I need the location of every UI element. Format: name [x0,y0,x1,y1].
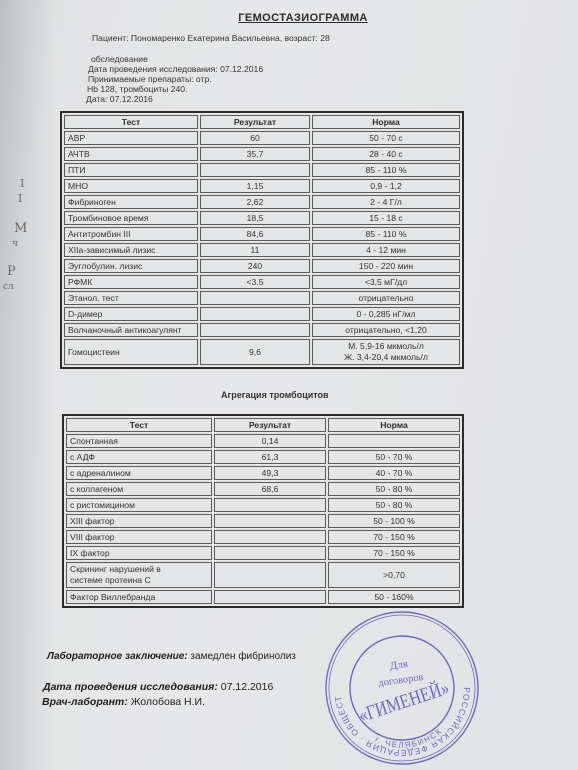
table-row: Фактор Виллебранда50 - 160% [66,590,460,604]
cell-test: Волчаночный антикоагулянт [64,323,198,337]
cell-test: с адреналином [66,466,212,480]
cell-test: Эуглобулин. лизис [64,259,198,273]
cell-result: 61,3 [214,450,326,464]
table-row: МНО1,150,9 - 1,2 [64,179,460,193]
cell-norm: отрицательно, <1,20 [312,323,460,337]
table-row: D-димер0 - 0,285 нГ/мл [64,307,460,321]
header-result: Результат [200,115,310,129]
edge-fragment: Р [7,265,16,278]
cell-result [200,163,310,177]
table-row: с ристомицином50 - 80 % [66,498,460,512]
cell-result: 35,7 [200,147,310,161]
cell-test: ПТИ [64,163,198,177]
hemostasis-table: Тест Результат Норма АВР6050 - 70 сАЧТВ3… [60,111,464,369]
cell-result [200,307,310,321]
table-header-row: Тест Результат Норма [64,115,460,129]
cell-result: 84,6 [200,227,310,241]
cell-test: с коллагеном [66,482,212,496]
cell-norm: 70 - 150 % [328,530,460,544]
cell-test: XIIа-зависимый лизис [64,243,198,257]
cell-result: 68,6 [214,482,326,496]
cell-norm: отрицательно [312,291,460,305]
edge-fragment: М [14,222,27,235]
lab-doctor: Врач-лаборант: Жолобова Н.И. [42,696,205,708]
cell-test: Тромбиновое время [64,211,198,225]
cell-test: VIII фактор [66,530,212,544]
table-row: с АДФ61,350 - 70 % [66,450,460,464]
lab-conclusion-value: замедлен фибринолиз [190,651,295,662]
cell-norm: 85 - 110 % [312,163,460,177]
organization-stamp: РОССИЙСКАЯ ФЕДЕРАЦИЯ · ОБЩЕСТВО С ОГРАНИ… [322,608,482,768]
cell-norm: 15 - 18 с [312,211,460,225]
table-row: АЧТВ35,728 - 40 с [64,147,460,161]
cell-norm: 2 - 4 Г/л [312,195,460,209]
header-norm: Норма [312,115,460,129]
table-row: Волчаночный антикоагулянтотрицательно, <… [64,323,460,337]
table-header-row: Тест Результат Норма [66,418,460,432]
table-row: Скрининг нарушений всистеме протеина С>0… [66,562,460,588]
aggregation-title: Агрегация тромбоцитов [221,390,329,400]
table-row: IX фактор70 - 150 % [66,546,460,560]
cell-test: МНО [64,179,198,193]
cell-result [200,323,310,337]
table-row: Спонтанная0,14 [66,434,460,448]
table-row: Тромбиновое время18,515 - 18 с [64,211,460,225]
info-line: Дата проведения исследования: 07.12.2016 [88,64,263,74]
cell-norm: 85 - 110 % [312,227,460,241]
cell-norm: 4 - 12 мин [312,243,460,257]
cell-result: 18,5 [200,211,310,225]
study-date: Дата проведения исследования: 07.12.2016 [43,681,273,693]
table-row: с адреналином49,340 - 70 % [66,466,460,480]
cell-norm: 50 - 80 % [328,498,460,512]
cell-test: IX фактор [66,546,212,560]
cell-result: 9,6 [200,339,310,365]
info-line: обследование [91,54,148,64]
table-row: Этанол. тестотрицательно [64,291,460,305]
cell-result: 2,62 [200,195,310,209]
cell-norm: 50 - 70 с [312,131,460,145]
cell-test: АВР [64,131,198,145]
cell-test: Скрининг нарушений всистеме протеина С [66,562,212,588]
header-result: Результат [214,418,326,432]
cell-norm: 0 - 0,285 нГ/мл [312,307,460,321]
document-title: ГЕМОСТАЗИОГРАММА [0,8,578,26]
cell-test: D-димер [64,307,198,321]
table-row: РФМК<3.5<3,5 мГ/дл [64,275,460,289]
cell-result: 240 [200,259,310,273]
cell-norm: 28 - 40 с [312,147,460,161]
cell-result: 60 [200,131,310,145]
cell-norm: >0,70 [328,562,460,588]
lab-conclusion: Лабораторное заключение: замедлен фибрин… [47,651,296,662]
cell-test: АЧТВ [64,147,198,161]
lab-doctor-label: Врач-лаборант: [42,696,128,708]
table-row: Фибриноген2,622 - 4 Г/л [64,195,460,209]
cell-test: Антитромбин III [64,227,198,241]
cell-result: 11 [200,243,310,257]
lab-doctor-value: Жолобова Н.И. [131,696,205,708]
edge-fragment: I [20,178,24,189]
cell-test: XIII фактор [66,514,212,528]
cell-norm: 50 - 160% [328,590,460,604]
cell-result [214,514,326,528]
cell-norm: 0,9 - 1,2 [312,179,460,193]
header-test: Тест [64,115,198,129]
info-line: Принимаемые препараты: отр. [88,74,212,84]
cell-result: 1,15 [200,179,310,193]
cell-test: с ристомицином [66,498,212,512]
cell-result: 0,14 [214,434,326,448]
cell-result [214,530,326,544]
cell-result [214,562,326,588]
table-row: Гомоцистеин9,6М. 5,9-16 мкмоль/лЖ. 3,4-2… [64,339,460,365]
cell-result: <3.5 [200,275,310,289]
cell-norm: М. 5,9-16 мкмоль/лЖ. 3,4-20,4 мкмоль/л [312,339,460,365]
patient-line: Пациент: Пономаренко Екатерина Васильевн… [92,33,330,43]
edge-fragment: I [18,193,22,204]
cell-test: Фактор Виллебранда [66,590,212,604]
stamp-line1: Для [389,658,409,672]
cell-norm: 50 - 100 % [328,514,460,528]
table-row: с коллагеном68,650 - 80 % [66,482,460,496]
cell-result [200,291,310,305]
table-row: Антитромбин III84,685 - 110 % [64,227,460,241]
table-row: Эуглобулин. лизис240150 - 220 мин [64,259,460,273]
study-date-label: Дата проведения исследования: [43,681,218,693]
cell-norm: 150 - 220 мин [312,259,460,273]
table-row: VIII фактор70 - 150 % [66,530,460,544]
cell-test: Этанол. тест [64,291,198,305]
cell-norm: <3,5 мГ/дл [312,275,460,289]
info-line: Hb 128, тромбоциты 240. [87,84,187,94]
cell-test: Фибриноген [64,195,198,209]
table-row: XIIа-зависимый лизис114 - 12 мин [64,243,460,257]
cell-norm: 50 - 80 % [328,482,460,496]
header-norm: Норма [328,418,460,432]
edge-fragment: ч [12,240,18,249]
cell-test: с АДФ [66,450,212,464]
lab-conclusion-label: Лабораторное заключение: [47,651,188,662]
header-test: Тест [66,418,212,432]
edge-fragment: сл [3,283,14,292]
table-row: XIII фактор50 - 100 % [66,514,460,528]
cell-norm [328,434,460,448]
aggregation-table: Тест Результат Норма Спонтанная0,14с АДФ… [62,414,464,608]
cell-result [214,546,326,560]
cell-test: Гомоцистеин [64,339,198,365]
document-title-text: ГЕМОСТАЗИОГРАММА [238,12,368,24]
cell-norm: 70 - 150 % [328,546,460,560]
table-row: ПТИ85 - 110 % [64,163,460,177]
table-row: АВР6050 - 70 с [64,131,460,145]
study-date-value: 07.12.2016 [221,681,274,693]
cell-norm: 40 - 70 % [328,466,460,480]
cell-result [214,590,326,604]
cell-result [214,498,326,512]
cell-norm: 50 - 70 % [328,450,460,464]
cell-result: 49,3 [214,466,326,480]
cell-test: Спонтанная [66,434,212,448]
cell-test: РФМК [64,275,198,289]
info-line: Дата: 07.12.2016 [86,94,153,104]
